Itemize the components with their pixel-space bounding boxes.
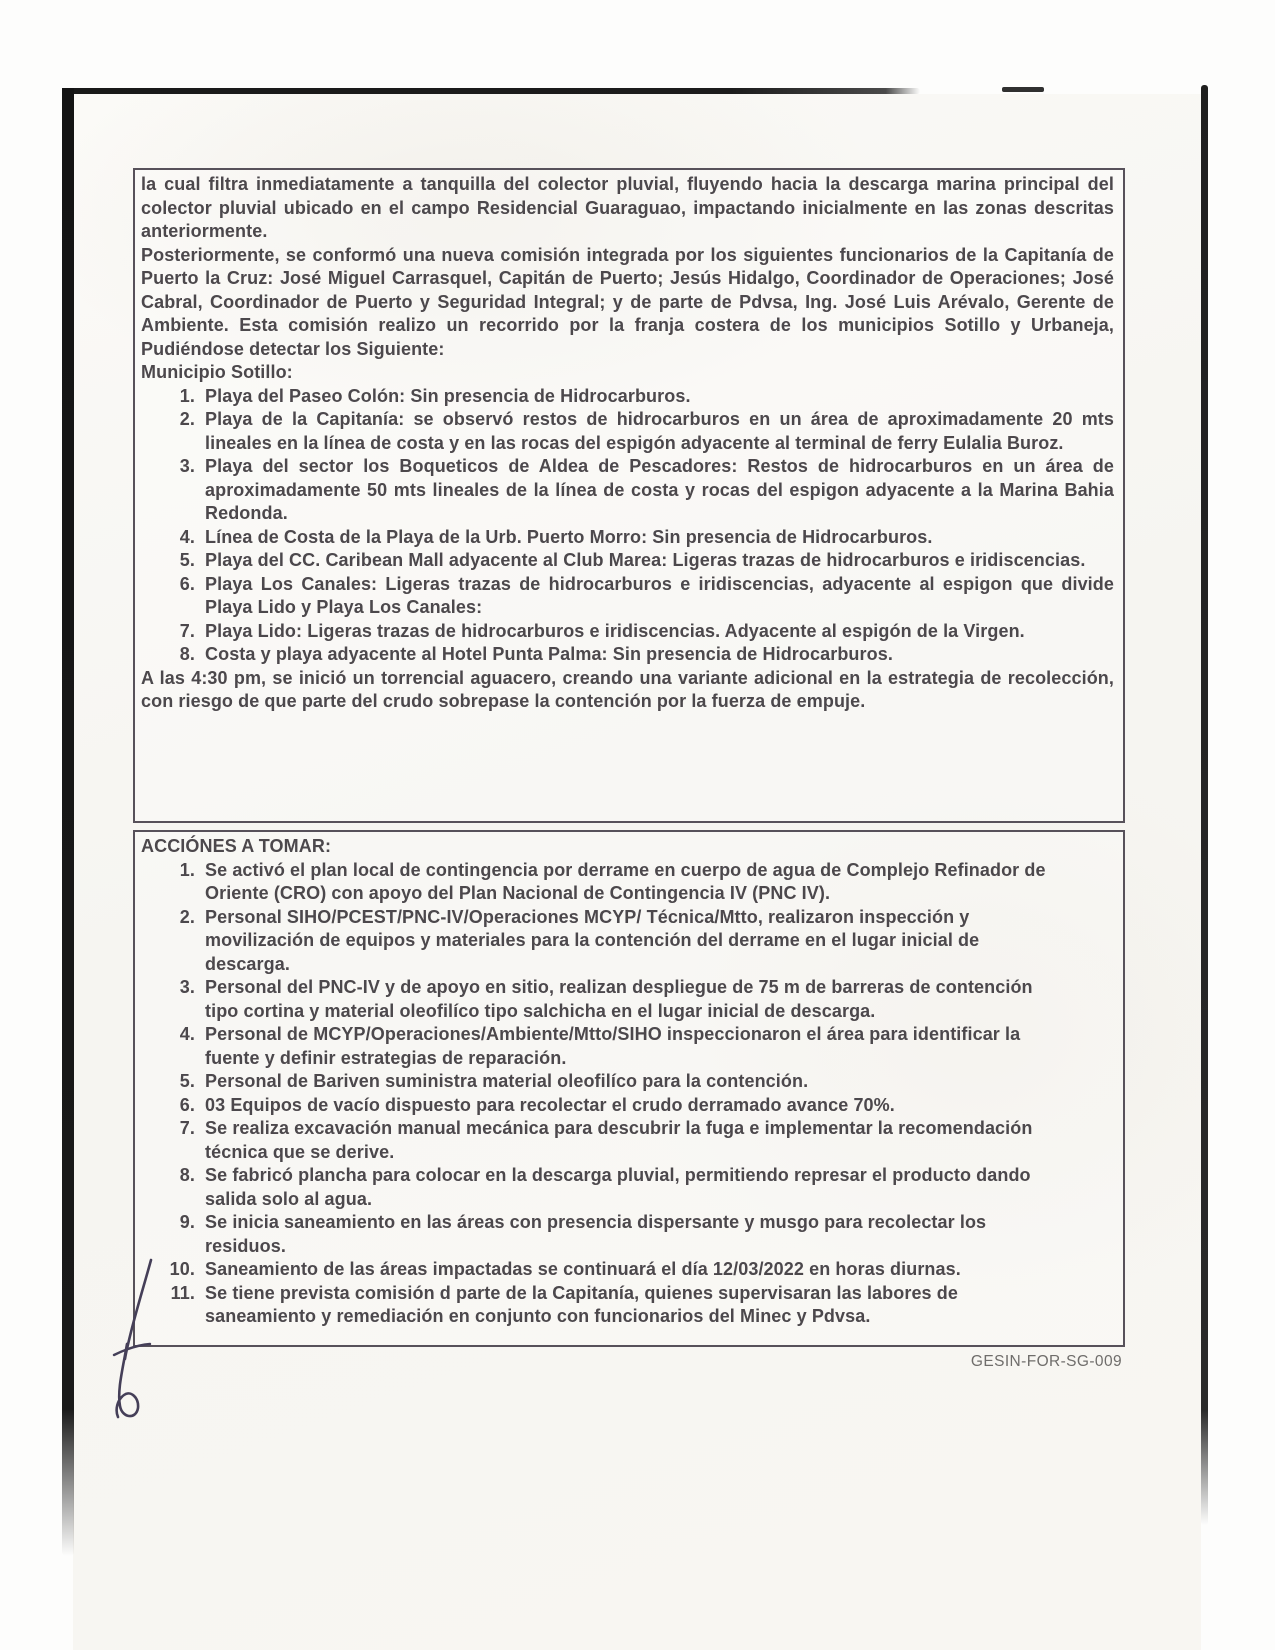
list-item-text: Saneamiento de las áreas impactadas se c… xyxy=(205,1258,1067,1282)
list-item: 7. Se realiza excavación manual mecánica… xyxy=(169,1117,1114,1164)
list-item: 5. Personal de Bariven suministra materi… xyxy=(169,1070,1114,1094)
list-item-number: 8. xyxy=(169,643,205,667)
form-code: GESIN-FOR-SG-009 xyxy=(133,1353,1122,1371)
municipio-heading: Municipio Sotillo: xyxy=(141,361,1114,385)
list-item-text: Playa Lido: Ligeras trazas de hidrocarbu… xyxy=(205,620,1114,644)
list-item-number: 1. xyxy=(169,859,205,906)
list-item-number: 4. xyxy=(169,526,205,550)
handwritten-signature-icon xyxy=(98,1256,168,1426)
list-item: 1. Se activó el plan local de contingenc… xyxy=(169,859,1114,906)
list-item-number: 9. xyxy=(169,1211,205,1258)
list-item: 6. Playa Los Canales: Ligeras trazas de … xyxy=(169,573,1114,620)
list-item-text: Playa del sector los Boqueticos de Aldea… xyxy=(205,455,1114,526)
list-item-text: Se inicia saneamiento en las áreas con p… xyxy=(205,1211,1067,1258)
actions-list: 1. Se activó el plan local de contingenc… xyxy=(141,859,1114,1329)
actions-section: ACCIÓNES A TOMAR: 1. Se activó el plan l… xyxy=(133,830,1125,1347)
list-item-text: Personal de Bariven suministra material … xyxy=(205,1070,1067,1094)
list-item: 1. Playa del Paseo Colón: Sin presencia … xyxy=(169,385,1114,409)
list-item: 3. Personal del PNC-IV y de apoyo en sit… xyxy=(169,976,1114,1023)
list-item-text: Playa Los Canales: Ligeras trazas de hid… xyxy=(205,573,1114,620)
list-item: 4. Línea de Costa de la Playa de la Urb.… xyxy=(169,526,1114,550)
list-item-number: 5. xyxy=(169,1070,205,1094)
list-item: 11. Se tiene prevista comisión d parte d… xyxy=(169,1282,1114,1329)
observations-section: la cual filtra inmediatamente a tanquill… xyxy=(133,168,1125,823)
scan-edge-top-dash xyxy=(1002,87,1044,92)
list-item-text: Se fabricó plancha para colocar en la de… xyxy=(205,1164,1067,1211)
list-item-text: 03 Equipos de vacío dispuesto para recol… xyxy=(205,1094,1067,1118)
list-item-number: 2. xyxy=(169,906,205,977)
list-item-text: Línea de Costa de la Playa de la Urb. Pu… xyxy=(205,526,1114,550)
list-item: 7. Playa Lido: Ligeras trazas de hidroca… xyxy=(169,620,1114,644)
list-item: 3. Playa del sector los Boqueticos de Al… xyxy=(169,455,1114,526)
list-item-number: 6. xyxy=(169,573,205,620)
list-item-text: Playa de la Capitanía: se observó restos… xyxy=(205,408,1114,455)
municipio-list: 1. Playa del Paseo Colón: Sin presencia … xyxy=(141,385,1114,667)
list-item-number: 4. xyxy=(169,1023,205,1070)
list-item-number: 3. xyxy=(169,455,205,526)
list-item: 9. Se inicia saneamiento en las áreas co… xyxy=(169,1211,1114,1258)
scan-edge-left xyxy=(62,88,74,1556)
intro-paragraph-2: Posteriormente, se conformó una nueva co… xyxy=(141,244,1114,362)
list-item-text: Se activó el plan local de contingencia … xyxy=(205,859,1067,906)
list-item-number: 8. xyxy=(169,1164,205,1211)
list-item-number: 2. xyxy=(169,408,205,455)
list-item-text: Se realiza excavación manual mecánica pa… xyxy=(205,1117,1067,1164)
list-item-number: 6. xyxy=(169,1094,205,1118)
scan-edge-right xyxy=(1201,85,1208,1525)
list-item: 2. Personal SIHO/PCEST/PNC-IV/Operacione… xyxy=(169,906,1114,977)
list-item-text: Se tiene prevista comisión d parte de la… xyxy=(205,1282,1067,1329)
list-item: 8. Se fabricó plancha para colocar en la… xyxy=(169,1164,1114,1211)
list-item: 5. Playa del CC. Caribean Mall adyacente… xyxy=(169,549,1114,573)
list-item-number: 7. xyxy=(169,620,205,644)
list-item-text: Playa del CC. Caribean Mall adyacente al… xyxy=(205,549,1114,573)
list-item-text: Personal SIHO/PCEST/PNC-IV/Operaciones M… xyxy=(205,906,1067,977)
list-item-number: 10. xyxy=(169,1258,205,1282)
list-item: 10. Saneamiento de las áreas impactadas … xyxy=(169,1258,1114,1282)
list-item-text: Costa y playa adyacente al Hotel Punta P… xyxy=(205,643,1114,667)
list-item: 8. Costa y playa adyacente al Hotel Punt… xyxy=(169,643,1114,667)
list-item-text: Playa del Paseo Colón: Sin presencia de … xyxy=(205,385,1114,409)
closing-paragraph: A las 4:30 pm, se inició un torrencial a… xyxy=(141,667,1114,714)
actions-heading: ACCIÓNES A TOMAR: xyxy=(141,835,1114,859)
scan-edge-top xyxy=(62,88,920,94)
list-item-text: Personal de MCYP/Operaciones/Ambiente/Mt… xyxy=(205,1023,1067,1070)
intro-paragraph-1: la cual filtra inmediatamente a tanquill… xyxy=(141,173,1114,244)
list-item-number: 7. xyxy=(169,1117,205,1164)
list-item: 4. Personal de MCYP/Operaciones/Ambiente… xyxy=(169,1023,1114,1070)
list-item: 6. 03 Equipos de vacío dispuesto para re… xyxy=(169,1094,1114,1118)
list-item-number: 3. xyxy=(169,976,205,1023)
list-item: 2. Playa de la Capitanía: se observó res… xyxy=(169,408,1114,455)
list-item-number: 1. xyxy=(169,385,205,409)
list-item-number: 5. xyxy=(169,549,205,573)
scanned-document-page: { "document": { "intro_paragraphs": [ "l… xyxy=(0,0,1275,1650)
list-item-text: Personal del PNC-IV y de apoyo en sitio,… xyxy=(205,976,1067,1023)
list-item-number: 11. xyxy=(169,1282,205,1329)
